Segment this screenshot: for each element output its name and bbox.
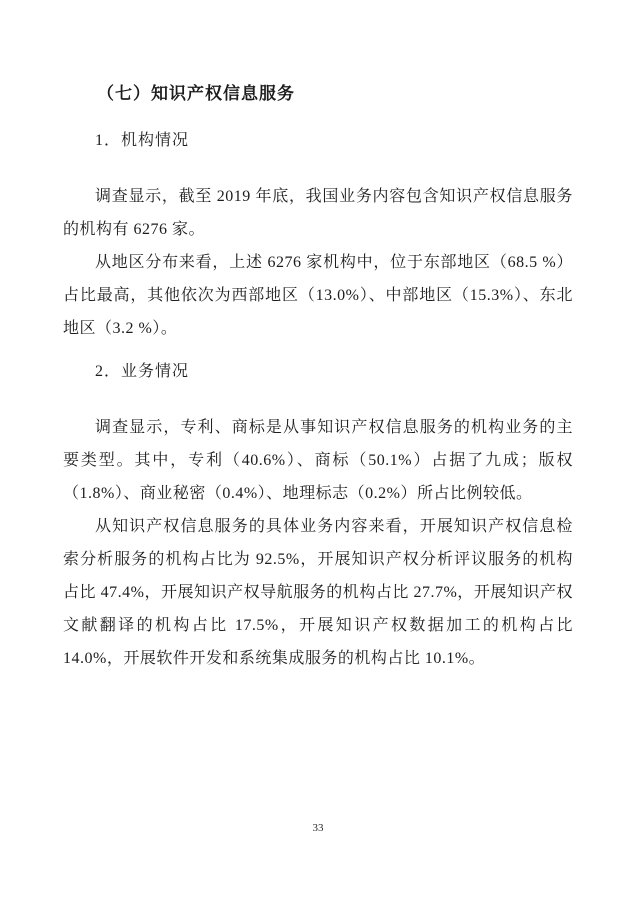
paragraph-service-breakdown: 从知识产权信息服务的具体业务内容来看，开展知识产权信息检索分析服务的机构占比为 …: [63, 510, 573, 675]
page-number: 33: [0, 822, 636, 834]
paragraph-region-distribution: 从地区分布来看，上述 6276 家机构中，位于东部地区（68.5 %）占比最高，…: [63, 246, 573, 345]
paragraph-business-types: 调查显示，专利、商标是从事知识产权信息服务的机构业务的主要类型。其中，专利（40…: [63, 411, 573, 510]
subsection-heading-business: 2．业务情况: [63, 363, 573, 381]
paragraph-survey-total: 调查显示，截至 2019 年底，我国业务内容包含知识产权信息服务的机构有 627…: [63, 180, 573, 246]
document-content: （七）知识产权信息服务 1．机构情况 调查显示，截至 2019 年底，我国业务内…: [0, 0, 636, 675]
section-heading: （七）知识产权信息服务: [63, 84, 573, 104]
subsection-heading-institutions: 1．机构情况: [63, 132, 573, 150]
document-page: （七）知识产权信息服务 1．机构情况 调查显示，截至 2019 年底，我国业务内…: [0, 0, 636, 900]
